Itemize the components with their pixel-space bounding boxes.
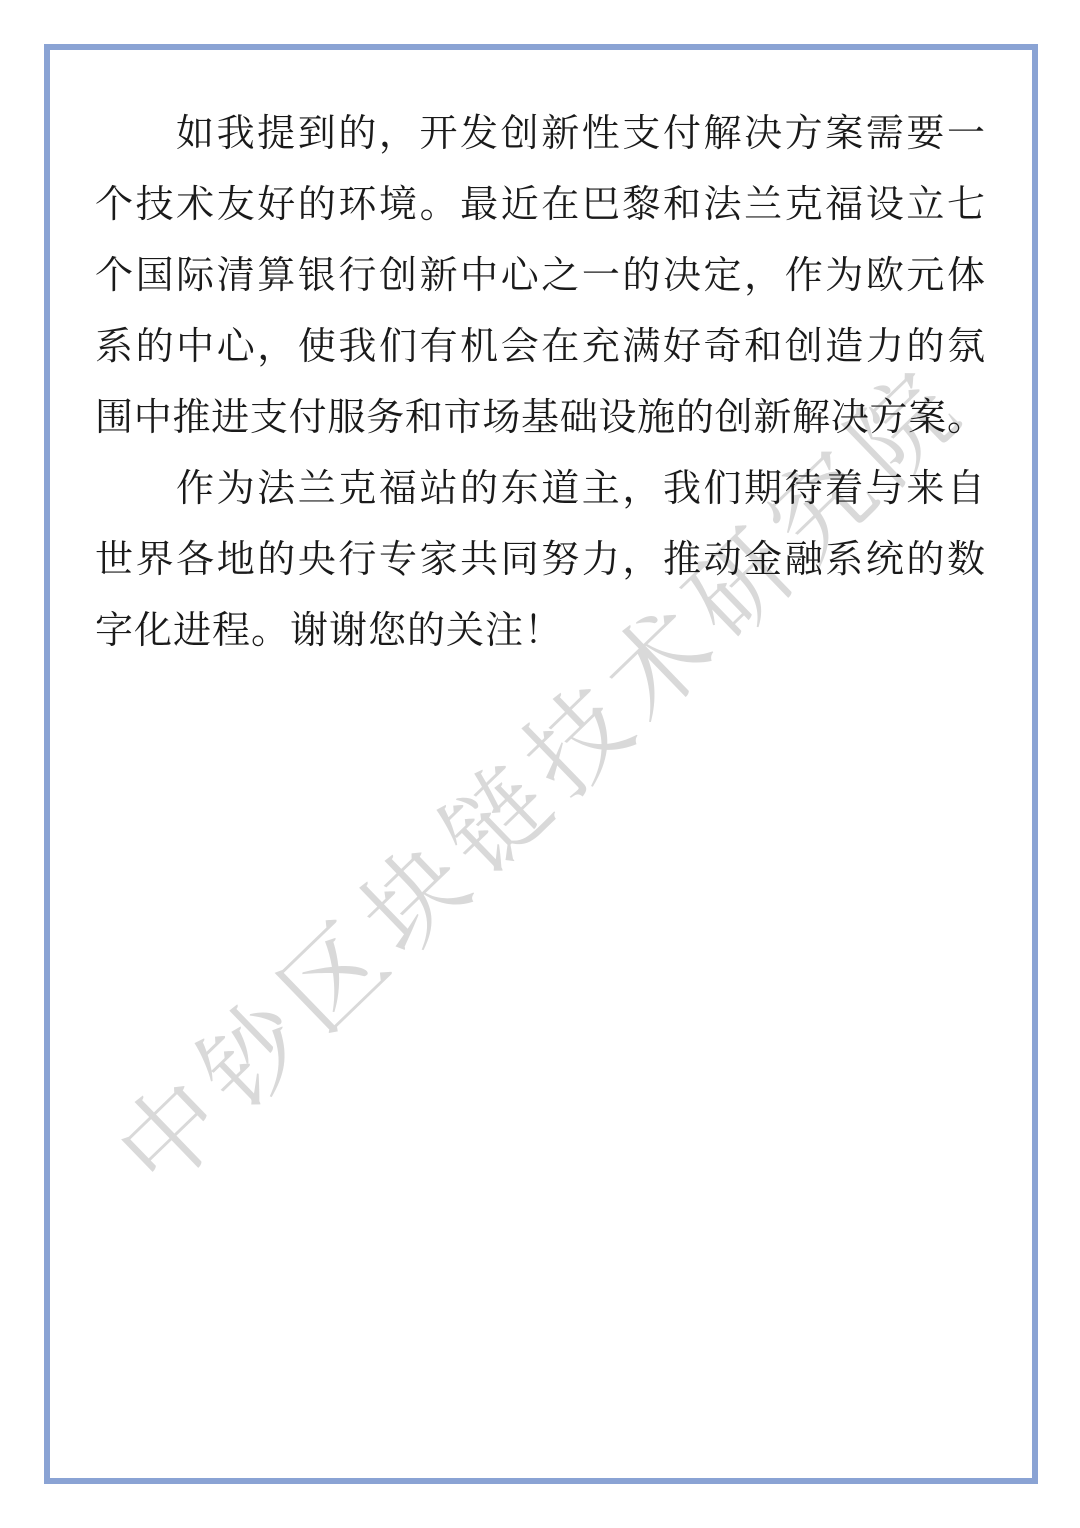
paragraph-2-line-2: 世界各地的央行专家共同努力，推动金融系统的数 bbox=[95, 525, 985, 596]
document-page: 中钞区块链技术研究院 如我提到的，开发创新性支付解决方案需要一 个技术友好的环境… bbox=[0, 0, 1080, 1528]
paragraph-2-line-3: 字化进程。谢谢您的关注！ bbox=[95, 596, 985, 667]
paragraph-1-line-3: 个国际清算银行创新中心之一的决定，作为欧元体 bbox=[95, 241, 985, 312]
paragraph-2-line-1: 作为法兰克福站的东道主，我们期待着与来自 bbox=[95, 454, 985, 525]
paragraph-1-line-2: 个技术友好的环境。最近在巴黎和法兰克福设立七 bbox=[95, 170, 985, 241]
paragraph-1-line-5: 围中推进支付服务和市场基础设施的创新解决方案。 bbox=[95, 383, 985, 454]
paragraph-1-line-4: 系的中心，使我们有机会在充满好奇和创造力的氛 bbox=[95, 312, 985, 383]
paragraph-1-line-1: 如我提到的，开发创新性支付解决方案需要一 bbox=[95, 99, 985, 170]
document-body: 如我提到的，开发创新性支付解决方案需要一 个技术友好的环境。最近在巴黎和法兰克福… bbox=[95, 99, 985, 667]
